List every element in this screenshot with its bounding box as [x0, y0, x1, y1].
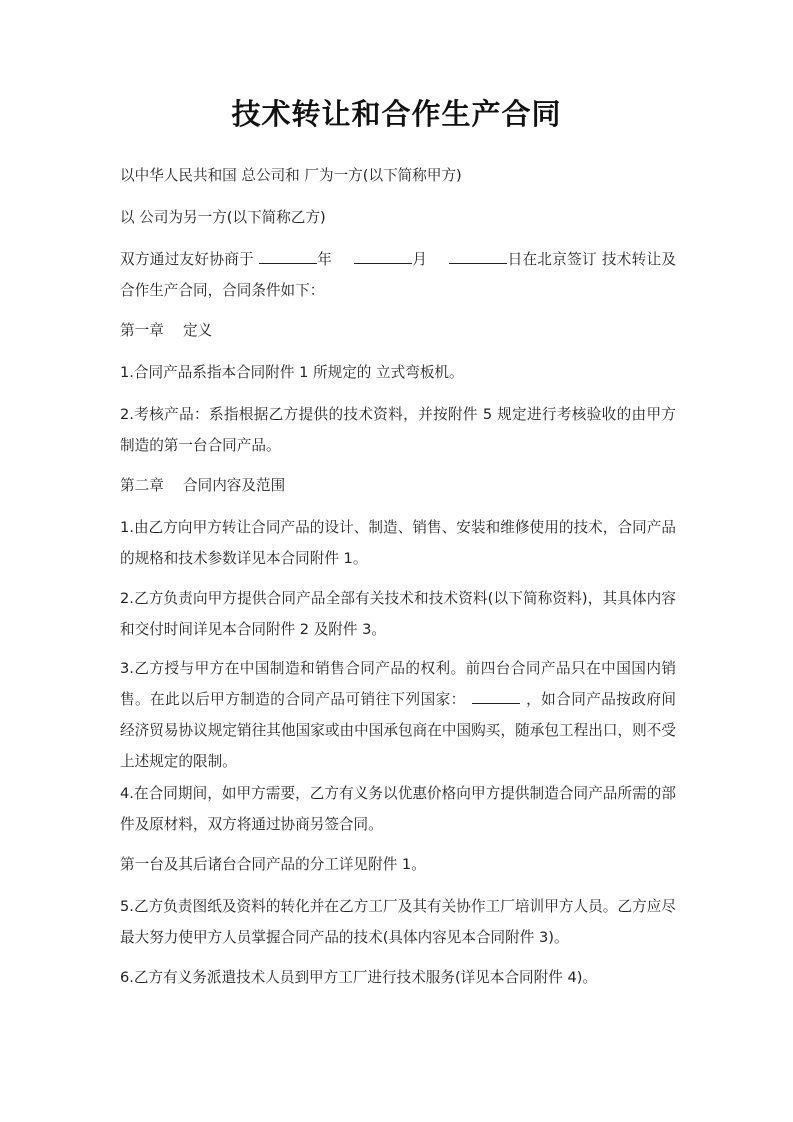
- chapter-2-item-1: 1.由乙方向甲方转让合同产品的设计、制造、销售、安装和维修使用的技术，合同产品的…: [120, 512, 676, 574]
- party-b-paragraph: 以 公司为另一方(以下简称乙方): [120, 202, 676, 233]
- chapter-1-item-2: 2.考核产品：系指根据乙方提供的技术资料，并按附件 5 规定进行考核验收的由甲方…: [120, 399, 676, 461]
- year-blank: [259, 249, 317, 264]
- year-label: 年: [317, 251, 332, 268]
- countries-blank: [472, 689, 520, 704]
- document-page: 技术转让和合作生产合同 以中华人民共和国 总公司和 厂为一方(以下简称甲方) 以…: [0, 0, 793, 1122]
- chapter-1-item-1: 1.合同产品系指本合同附件 1 所规定的 立式弯板机。: [120, 357, 676, 388]
- chapter-2-item-5: 5.乙方负责图纸及资料的转化并在乙方工厂及其有关协作工厂培训甲方人员。乙方应尽最…: [120, 891, 676, 953]
- document-title: 技术转让和合作生产合同: [0, 92, 793, 133]
- chapter-2-heading: 第二章 合同内容及范围: [120, 470, 676, 501]
- signing-date-paragraph: 双方通过友好协商于 年月日在北京签订 技术转让及合作生产合同，合同条件如下：: [120, 244, 676, 306]
- chapter-2-note: 第一台及其后诸台合同产品的分工详见附件 1。: [120, 849, 676, 880]
- party-a-paragraph: 以中华人民共和国 总公司和 厂为一方(以下简称甲方): [120, 160, 676, 191]
- chapter-2-item-2: 2.乙方负责向甲方提供合同产品全部有关技术和技术资料(以下简称资料)，其具体内容…: [120, 583, 676, 645]
- signing-text-lead: 双方通过友好协商于: [120, 251, 259, 268]
- month-label: 月: [412, 251, 427, 268]
- chapter-2-item-6: 6.乙方有义务派遣技术人员到甲方工厂进行技术服务(详见本合同附件 4)。: [120, 962, 676, 993]
- chapter-1-heading: 第一章 定义: [120, 315, 676, 346]
- month-blank: [354, 249, 412, 264]
- day-blank: [449, 249, 507, 264]
- chapter-2-item-3: 3.乙方授与甲方在中国制造和销售合同产品的权利。前四台合同产品只在中国国内销售。…: [120, 653, 676, 777]
- chapter-2-item-4: 4.在合同期间，如甲方需要，乙方有义务以优惠价格向甲方提供制造合同产品所需的部件…: [120, 778, 676, 840]
